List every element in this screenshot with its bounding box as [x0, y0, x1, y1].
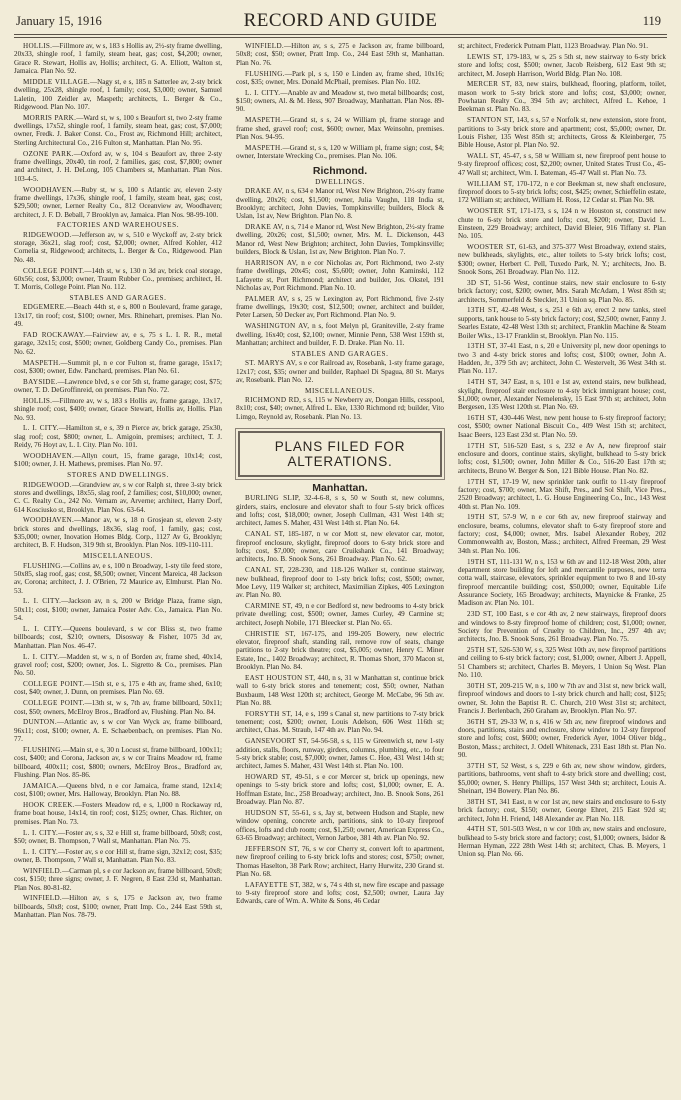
entry-location: DRAKE AV,	[245, 187, 284, 195]
entry-details: st; architect, Frederick Putnam Platt, 1…	[458, 42, 648, 50]
entry-location: L. I. CITY.	[23, 597, 61, 605]
entry-location: RIDGEWOOD.	[23, 231, 72, 239]
entry-location: MASPETH.	[23, 359, 61, 367]
listing-entry: L. I. CITY.—Madden st, w s, n of Borden …	[14, 653, 222, 678]
listing-entry: WILLIAM ST, 170-172, n e cor Beekman st,…	[458, 180, 666, 205]
entry-location: 16TH ST,	[467, 414, 498, 422]
listing-entry: MASPETH.—Summit pl, n e cor Fulton st, f…	[14, 359, 222, 376]
entry-location: EAST HOUSTON ST,	[245, 674, 315, 682]
listing-entry: 17TH ST, 516-520 East, s s, 232 e Av A, …	[458, 442, 666, 475]
section-title-line: ALTERATIONS.	[244, 454, 436, 469]
entry-location: HARRISON AV,	[245, 259, 298, 267]
listing-entry: HARRISON AV, n e cor Nicholas av, Port R…	[236, 259, 444, 292]
entry-location: WASHINGTON AV,	[245, 322, 309, 330]
entry-location: HOLLIS.	[23, 42, 52, 50]
listing-entry: 19TH ST, 111-131 W, n s, 153 w 6th av an…	[458, 558, 666, 608]
entry-location: L. I. CITY.	[23, 625, 63, 633]
entry-location: FAD ROCKAWAY.	[23, 331, 85, 339]
entry-location: WILLIAM ST,	[467, 180, 514, 188]
entry-location: 19TH ST,	[467, 558, 498, 566]
entry-location: 38TH ST,	[467, 798, 498, 806]
listing-entry: FORSYTH ST, 14, e s, 199 s Canal st, new…	[236, 710, 444, 735]
entry-location: WOODHAVEN.	[23, 452, 74, 460]
listing-entry: GANSEVOORT ST, 54-56-58, s s, 115 w Gree…	[236, 737, 444, 770]
entry-location: FLUSHING.	[23, 562, 63, 570]
entry-location: WINFIELD.	[23, 894, 62, 902]
borough-heading: Richmond.	[236, 167, 444, 175]
listing-entry: WINFIELD.—Hilton av, s s, 175 e Jackson …	[14, 894, 222, 919]
listing-entry: CANAL ST, 228-230, and 118-126 Walker st…	[236, 566, 444, 599]
publication-title: RECORD AND GUIDE	[14, 10, 667, 32]
entry-location: OZONE PARK.	[23, 150, 74, 158]
subsection-heading: MISCELLANEOUS.	[236, 387, 444, 395]
listing-entry: 17TH ST, 17-19 W, new sprinkler tank out…	[458, 478, 666, 511]
entry-location: 44TH ST,	[467, 825, 498, 833]
listing-entry: COLLEGE POINT.—13th st, w s, 7th av, fra…	[14, 699, 222, 716]
entry-location: JAMAICA.	[23, 782, 59, 790]
entry-location: 13TH ST,	[467, 306, 499, 314]
listing-entry: WOODHAVEN.—Manor av, w s, 18 n Grosjean …	[14, 516, 222, 549]
subsection-heading: MISCELLANEOUS.	[14, 552, 222, 560]
listing-entry: RICHMOND RD, s s, 115 w Newberry av, Don…	[236, 396, 444, 421]
listing-entry: 19TH ST, 57-9 W, n e cor 6th av, new fir…	[458, 513, 666, 555]
listing-entry: FLUSHING.—Main st, e s, 30 n Locust st, …	[14, 746, 222, 779]
entry-location: L. I. CITY.	[245, 89, 280, 97]
entry-location: HOWARD ST,	[245, 773, 292, 781]
entry-location: WINFIELD.	[245, 42, 284, 50]
entry-location: BAYSIDE.	[23, 378, 57, 386]
listing-entry: WOOSTER ST, 171-173, s s, 124 n w Housto…	[458, 207, 666, 240]
listing-entry: HOOK CREEK.—Fosters Meadow rd, e s, 1,00…	[14, 801, 222, 826]
listing-entry: CHRISTIE ST, 167-175, and 199-205 Bowery…	[236, 630, 444, 672]
listing-entry: WOOSTER ST, 61-63, and 375-377 West Broa…	[458, 243, 666, 276]
listing-entry: MIDDLE VILLAGE.—Nagy st, e s, 185 n Satt…	[14, 78, 222, 111]
column-3: st; architect, Frederick Putnam Platt, 1…	[458, 42, 666, 861]
listing-entry: CANAL ST, 185-187, n w cor Mott st, new …	[236, 530, 444, 563]
listing-entry: 3D ST, 51-56 West, continue stairs, new …	[458, 279, 666, 304]
listing-entry: WINFIELD.—Hilton av, s s, 275 e Jackson …	[236, 42, 444, 67]
subsection-heading: STABLES AND GARAGES.	[14, 294, 222, 302]
listing-entry: HOLLIS.—Fillmore av, w s, 183 s Hollis a…	[14, 397, 222, 422]
listing-entry: 13TH ST, 37-41 East, n s, 20 e Universit…	[458, 342, 666, 375]
entry-location: 30TH ST,	[467, 682, 498, 690]
listing-entry: RIDGEWOOD.—Jefferson av, w s, 510 e Wyck…	[14, 231, 222, 264]
column-2: WINFIELD.—Hilton av, s s, 275 e Jackson …	[236, 42, 444, 908]
entry-location: L. I. CITY.	[23, 848, 58, 856]
entry-location: 23D ST,	[467, 610, 493, 618]
entry-location: LEWIS ST,	[467, 53, 504, 61]
listing-entry: BURLING SLIP, 32-4-6-8, s s, 50 w South …	[236, 494, 444, 527]
entry-location: STANTON ST,	[467, 116, 514, 124]
listing-entry: JEFFERSON ST, 76, s w cor Cherry st, con…	[236, 845, 444, 878]
listing-entry: CARMINE ST, 49, n e cor Bedford st, new …	[236, 602, 444, 627]
entry-details: 111-131 W, n s, 153 w 6th av and 112-18 …	[458, 558, 666, 608]
borough-heading: Manhattan.	[236, 484, 444, 492]
entry-location: MASPETH.	[245, 116, 283, 124]
entry-location: HOLLIS.	[23, 397, 52, 405]
listing-entry: WOODHAVEN.—Allyn court, 15, frame garage…	[14, 452, 222, 469]
listing-entry: FLUSHING.—Collins av, e s, 100 n Broadwa…	[14, 562, 222, 595]
entry-location: CANAL ST,	[245, 566, 285, 574]
entry-location: MERCER ST,	[467, 80, 512, 88]
entry-location: JEFFERSON ST,	[245, 845, 299, 853]
listing-entry: MORRIS PARK.—Ward st, w s, 100 s Beaufor…	[14, 114, 222, 147]
listing-entry: L. I. CITY.—Anable av and Meadow st, two…	[236, 89, 444, 114]
entry-location: DRAKE AV,	[245, 223, 284, 231]
listing-entry: HOLLIS.—Fillmore av, w s, 183 s Hollis a…	[14, 42, 222, 75]
entry-location: L. I. CITY.	[23, 424, 59, 432]
listing-entry: WINFIELD.—Carman pl, s e cor Jackson av,…	[14, 867, 222, 892]
listing-entry: MASPETH.—Grand st, s s, 24 w William pl,…	[236, 116, 444, 141]
page-number: 119	[643, 14, 661, 29]
subsection-heading: STABLES AND GARAGES.	[236, 350, 444, 358]
listing-entry: DRAKE AV, n s, 634 e Manor rd, West New …	[236, 187, 444, 220]
entry-location: 19TH ST,	[467, 513, 499, 521]
listing-entry: L. I. CITY.—Queens boulevard, s w cor Bl…	[14, 625, 222, 650]
entry-location: FLUSHING.	[23, 746, 63, 754]
column-1: HOLLIS.—Fillmore av, w s, 183 s Hollis a…	[14, 42, 222, 922]
listing-entry: FLUSHING.—Park pl, s s, 150 e Linden av,…	[236, 70, 444, 87]
listing-entry: MERCER ST, 83, new stairs, bulkhead, flo…	[458, 80, 666, 113]
entry-location: 25TH ST,	[467, 646, 497, 654]
entry-location: CANAL ST,	[245, 530, 285, 538]
entry-location: CARMINE ST,	[245, 602, 293, 610]
entry-location: HOOK CREEK.	[23, 801, 75, 809]
listing-entry: DRAKE AV, n s, 714 e Manor rd, West New …	[236, 223, 444, 256]
listing-entry: COLLEGE POINT.—15th st, e s, 175 e 4th a…	[14, 680, 222, 697]
section-title-line: PLANS FILED FOR	[244, 439, 436, 454]
entry-location: L. I. CITY.	[23, 653, 59, 661]
listing-entry: 37TH ST, 52 West, s s, 229 e 6th av, new…	[458, 762, 666, 795]
entry-location: FORSYTH ST,	[245, 710, 293, 718]
entry-location: COLLEGE POINT.	[23, 680, 84, 688]
entry-location: ST. MARYS AV,	[245, 359, 297, 367]
page-header: January 15, 1916 RECORD AND GUIDE 119	[14, 4, 667, 34]
header-rule	[14, 34, 667, 38]
entry-location: WOOSTER ST,	[467, 243, 517, 251]
entry-location: COLLEGE POINT.	[23, 699, 85, 707]
entry-location: LAFAYETTE ST,	[245, 881, 300, 889]
listing-entry: L. I. CITY.—Foster av, s e cor Hill st, …	[14, 848, 222, 865]
entry-location: L. I. CITY.	[23, 829, 58, 837]
section-title-box: PLANS FILED FORALTERATIONS.	[238, 431, 442, 477]
entry-location: 36TH ST,	[467, 718, 498, 726]
listing-entry: OZONE PARK.—Oxford av, w s, 104 s Beaufo…	[14, 150, 222, 183]
listing-entry: FAD ROCKAWAY.—Fairview av, e s, 75 s L. …	[14, 331, 222, 356]
listing-entry: 30TH ST, 209-215 W, n s, 100 w 7th av an…	[458, 682, 666, 715]
subsection-heading: STORES AND DWELLINGS.	[14, 471, 222, 479]
entry-location: 17TH ST,	[467, 478, 499, 486]
listing-entry: JAMAICA.—Queens blvd, n e cor Jamaica, f…	[14, 782, 222, 799]
listing-entry: WOODHAVEN.—Ruby st, w s, 100 s Atlantic …	[14, 186, 222, 219]
listing-entry: LEWIS ST, 179-183, w s, 25 s 5th st, new…	[458, 53, 666, 78]
listing-entry: HOWARD ST, 49-51, s e cor Mercer st, bri…	[236, 773, 444, 806]
listing-continuation: st; architect, Frederick Putnam Platt, 1…	[458, 42, 666, 50]
entry-location: BURLING SLIP,	[245, 494, 300, 502]
listing-entry: L. I. CITY.—Jackson av, n s, 200 w Bridg…	[14, 597, 222, 622]
entry-location: 37TH ST,	[467, 762, 498, 770]
entry-location: 17TH ST,	[467, 442, 500, 450]
entry-location: HUDSON ST,	[245, 809, 290, 817]
entry-location: WALL ST,	[467, 152, 501, 160]
entry-location: GANSEVOORT ST,	[245, 737, 309, 745]
entry-location: WOODHAVEN.	[23, 186, 74, 194]
listing-entry: PALMER AV, s s, 25 w Lexington av, Port …	[236, 295, 444, 320]
listing-entry: COLLEGE POINT.—14th st, w s, 130 n 3d av…	[14, 267, 222, 292]
listing-entry: WASHINGTON AV, n s, foot Melyn pl, Grani…	[236, 322, 444, 347]
listing-entry: STANTON ST, 143, s s, 57 e Norfolk st, n…	[458, 116, 666, 149]
listing-entry: 13TH ST, 42-48 West, s s, 251 e 6th av, …	[458, 306, 666, 339]
entry-location: 14TH ST,	[467, 378, 498, 386]
entry-location: COLLEGE POINT.	[23, 267, 84, 275]
listing-entry: L. I. CITY.—Hamilton st, e s, 39 n Pierc…	[14, 424, 222, 449]
listing-entry: 23D ST, 100 East, s e cor 4th av, 2 new …	[458, 610, 666, 643]
entry-location: MIDDLE VILLAGE.	[23, 78, 90, 86]
listing-entry: 14TH ST, 347 East, n s, 101 e 1st av, ex…	[458, 378, 666, 411]
listing-entry: 16TH ST, 430-446 West, new pent house to…	[458, 414, 666, 439]
listing-entry: HUDSON ST, 55-61, s s, Jay st, between H…	[236, 809, 444, 842]
listing-entry: EAST HOUSTON ST, 440, n s, 31 w Manhatta…	[236, 674, 444, 707]
listing-entry: EDGEMERE.—Beach 44th st, e s, 800 n Boul…	[14, 303, 222, 328]
entry-location: WOOSTER ST,	[467, 207, 517, 215]
entry-location: RIDGEWOOD.	[23, 481, 72, 489]
listing-entry: 38TH ST, 341 East, n w cor 1st av, new s…	[458, 798, 666, 823]
listing-entry: RIDGEWOOD.—Grandview av, s w cor Ralph s…	[14, 481, 222, 514]
listing-entry: 36TH ST, 29-33 W, n s, 416 w 5th av, new…	[458, 718, 666, 760]
entry-location: MORRIS PARK.	[23, 114, 76, 122]
listing-entry: LAFAYETTE ST, 382, w s, 74 s 4th st, new…	[236, 881, 444, 906]
listing-entry: MASPETH.—Grand st, s s, 120 w William pl…	[236, 144, 444, 161]
entry-location: WINFIELD.	[23, 867, 62, 875]
listing-entry: BAYSIDE.—Lawrence blvd, s e cor 5th st, …	[14, 378, 222, 395]
entry-location: CHRISTIE ST,	[245, 630, 296, 638]
entry-location: FLUSHING.	[245, 70, 285, 78]
entry-location: 13TH ST,	[467, 342, 498, 350]
entry-location: WOODHAVEN.	[23, 516, 74, 524]
entry-location: 3D ST,	[467, 279, 490, 287]
entry-location: MASPETH.	[245, 144, 283, 152]
entry-location: RICHMOND RD,	[245, 396, 301, 404]
listing-entry: DUNTON.—Atlantic av, s w cor Van Wyck av…	[14, 718, 222, 743]
listing-entry: 44TH ST, 501-503 West, n w cor 10th av, …	[458, 825, 666, 858]
subsection-heading: DWELLINGS.	[236, 178, 444, 186]
entry-details: 51-56 West, continue stairs, new stair e…	[458, 279, 666, 304]
listing-entry: L. I. CITY.—Foster av, s s, 32 e Hill st…	[14, 829, 222, 846]
listing-entry: ST. MARYS AV, s e cor Railroad av, Roseb…	[236, 359, 444, 384]
entry-location: DUNTON.	[23, 718, 57, 726]
entry-location: PALMER AV,	[245, 295, 289, 303]
subsection-heading: FACTORIES AND WAREHOUSES.	[14, 221, 222, 229]
listing-entry: 25TH ST, 526-530 W, s s, 325 West 10th a…	[458, 646, 666, 679]
listing-entry: WALL ST, 45-47, s s, 58 w William st, ne…	[458, 152, 666, 177]
entry-location: EDGEMERE.	[23, 303, 66, 311]
